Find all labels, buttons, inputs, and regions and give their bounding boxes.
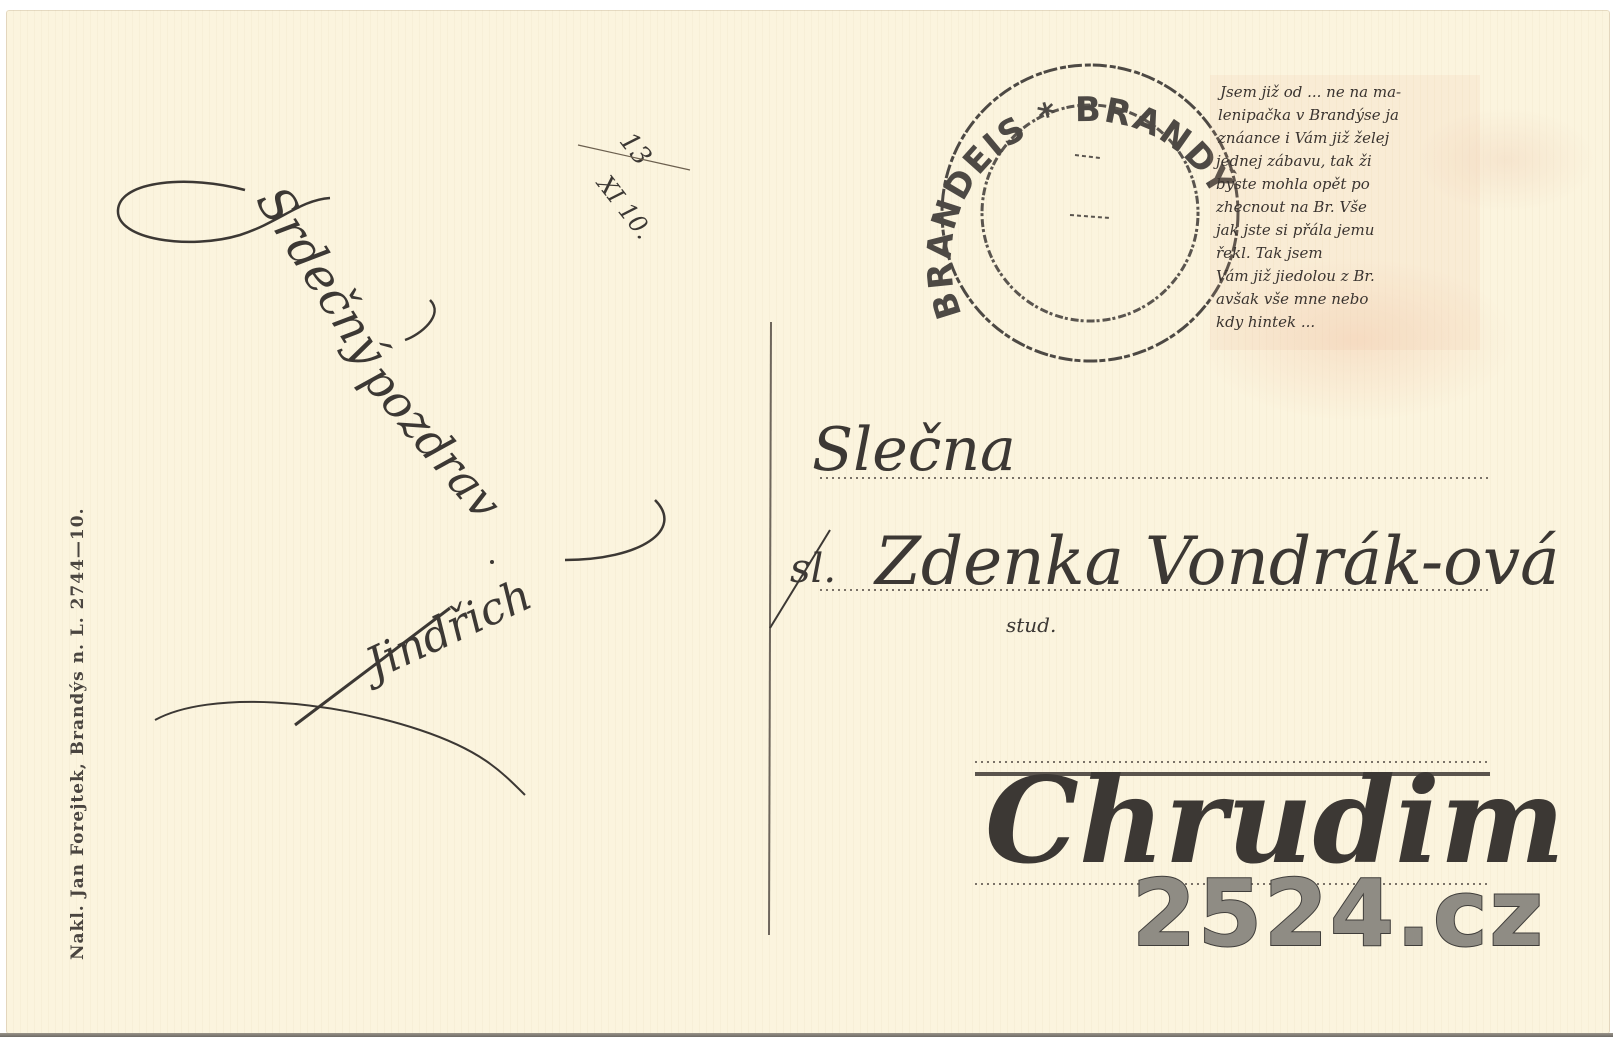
svg-text:znáance i Vám již želej: znáance i Vám již želej [1217, 129, 1390, 147]
svg-text:kdy hintek ...: kdy hintek ... [1216, 313, 1315, 331]
svg-text:zhecnout na Br. Vše: zhecnout na Br. Vše [1215, 198, 1367, 216]
svg-text:pozdrav: pozdrav [352, 352, 513, 529]
svg-text:Jsem již od ... ne na ma-: Jsem již od ... ne na ma- [1217, 83, 1401, 101]
greeting: Srdečný [245, 177, 399, 377]
svg-text:13: 13 [613, 127, 657, 172]
greeting-period [490, 560, 494, 564]
svg-text:byste mohla opět po: byste mohla opět po [1216, 175, 1370, 193]
address-divider [769, 322, 771, 935]
svg-text:XI 10.: XI 10. [590, 169, 658, 245]
date-note: 13 XI 10. [579, 127, 693, 245]
publisher-imprint: Nakl. Jan Forejtek, Brandýs n. L. 2744—1… [68, 508, 88, 960]
address-salutation: Slečna [812, 415, 1016, 485]
svg-text:lenipačka v Brandýse ja: lenipačka v Brandýse ja [1218, 106, 1399, 124]
address-note: stud. [1006, 613, 1056, 637]
postcard-content: Nakl. Jan Forejtek, Brandýs n. L. 2744—1… [0, 0, 1613, 1037]
svg-text:jednej zábavu, tak ži: jednej zábavu, tak ži [1213, 152, 1372, 170]
message-block: Jsem již od ... ne na ma- lenipačka v Br… [1210, 75, 1480, 350]
svg-text:jak jste si přála jemu: jak jste si přála jemu [1213, 221, 1374, 239]
greeting-bracket-2 [565, 500, 664, 560]
svg-text:avšak vše mne nebo: avšak vše mne nebo [1216, 290, 1368, 308]
greeting-bracket-1 [405, 300, 435, 340]
signature: Jindřich [351, 569, 540, 693]
postmark-text: BRANDEIS * BRANDÝS n. LABEM [0, 0, 1242, 324]
address-recipient: Zdenka Vondrák-ová [873, 523, 1560, 600]
svg-text:řekl. Tak jsem: řekl. Tak jsem [1216, 244, 1323, 262]
watermark: 2524.cz [1132, 860, 1545, 967]
svg-text:Vám již jiedolou z Br.: Vám již jiedolou z Br. [1216, 267, 1375, 285]
greeting-line2: pozdrav [352, 352, 513, 529]
signature-underline [155, 702, 525, 795]
svg-text:Jindřich: Jindřich [351, 569, 540, 693]
svg-text:Srdečný: Srdečný [245, 177, 399, 377]
svg-text:Nakl. Jan Forejtek, Brandýs n.: Nakl. Jan Forejtek, Brandýs n. L. 2744—1… [68, 508, 88, 960]
